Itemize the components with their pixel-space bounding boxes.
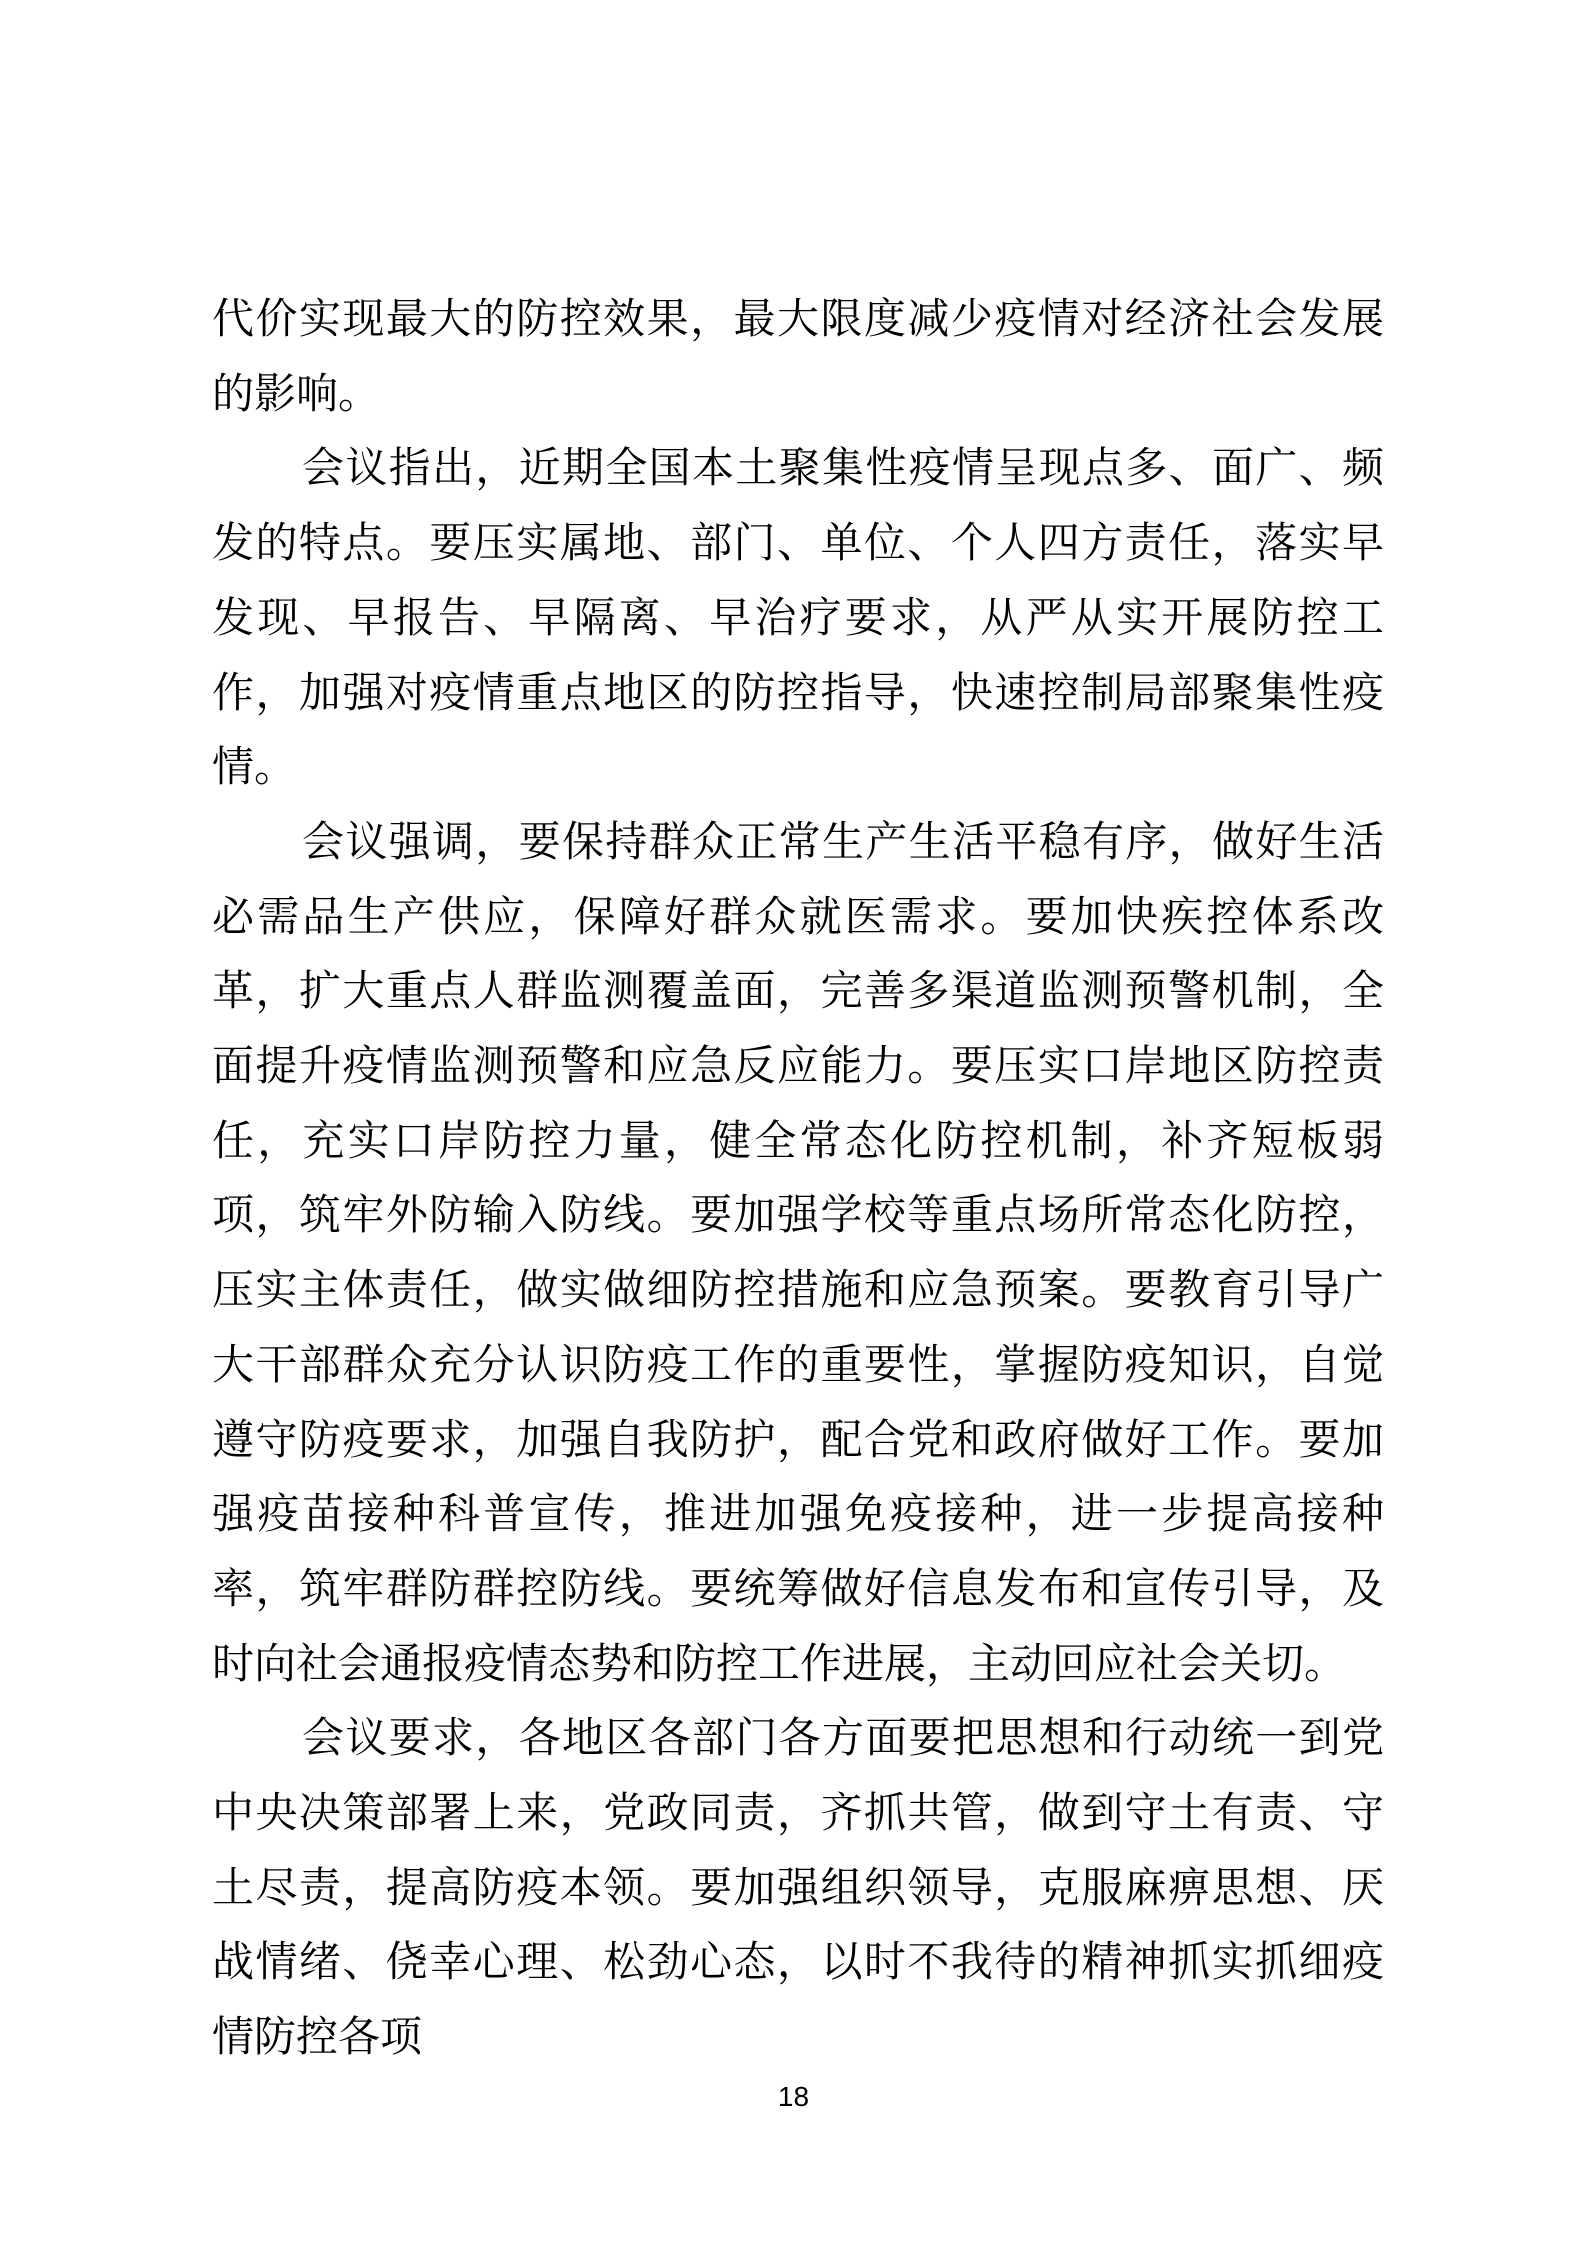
paragraph-meeting-required: 会议要求，各地区各部门各方面要把思想和行动统一到党中央决策部署上来，党政同责，齐…	[212, 1702, 1384, 2076]
paragraph-meeting-pointed-out: 会议指出，近期全国本土聚集性疫情呈现点多、面广、频发的特点。要压实属地、部门、单…	[212, 432, 1384, 806]
page-number: 18	[0, 2082, 1587, 2112]
document-body: 代价实现最大的防控效果，最大限度减少疫情对经济社会发展的影响。 会议指出，近期全…	[212, 283, 1384, 2076]
document-page: 代价实现最大的防控效果，最大限度减少疫情对经济社会发展的影响。 会议指出，近期全…	[0, 0, 1587, 2245]
paragraph-continuation: 代价实现最大的防控效果，最大限度减少疫情对经济社会发展的影响。	[212, 283, 1384, 432]
paragraph-meeting-emphasized: 会议强调，要保持群众正常生产生活平稳有序，做好生活必需品生产供应，保障好群众就医…	[212, 806, 1384, 1702]
